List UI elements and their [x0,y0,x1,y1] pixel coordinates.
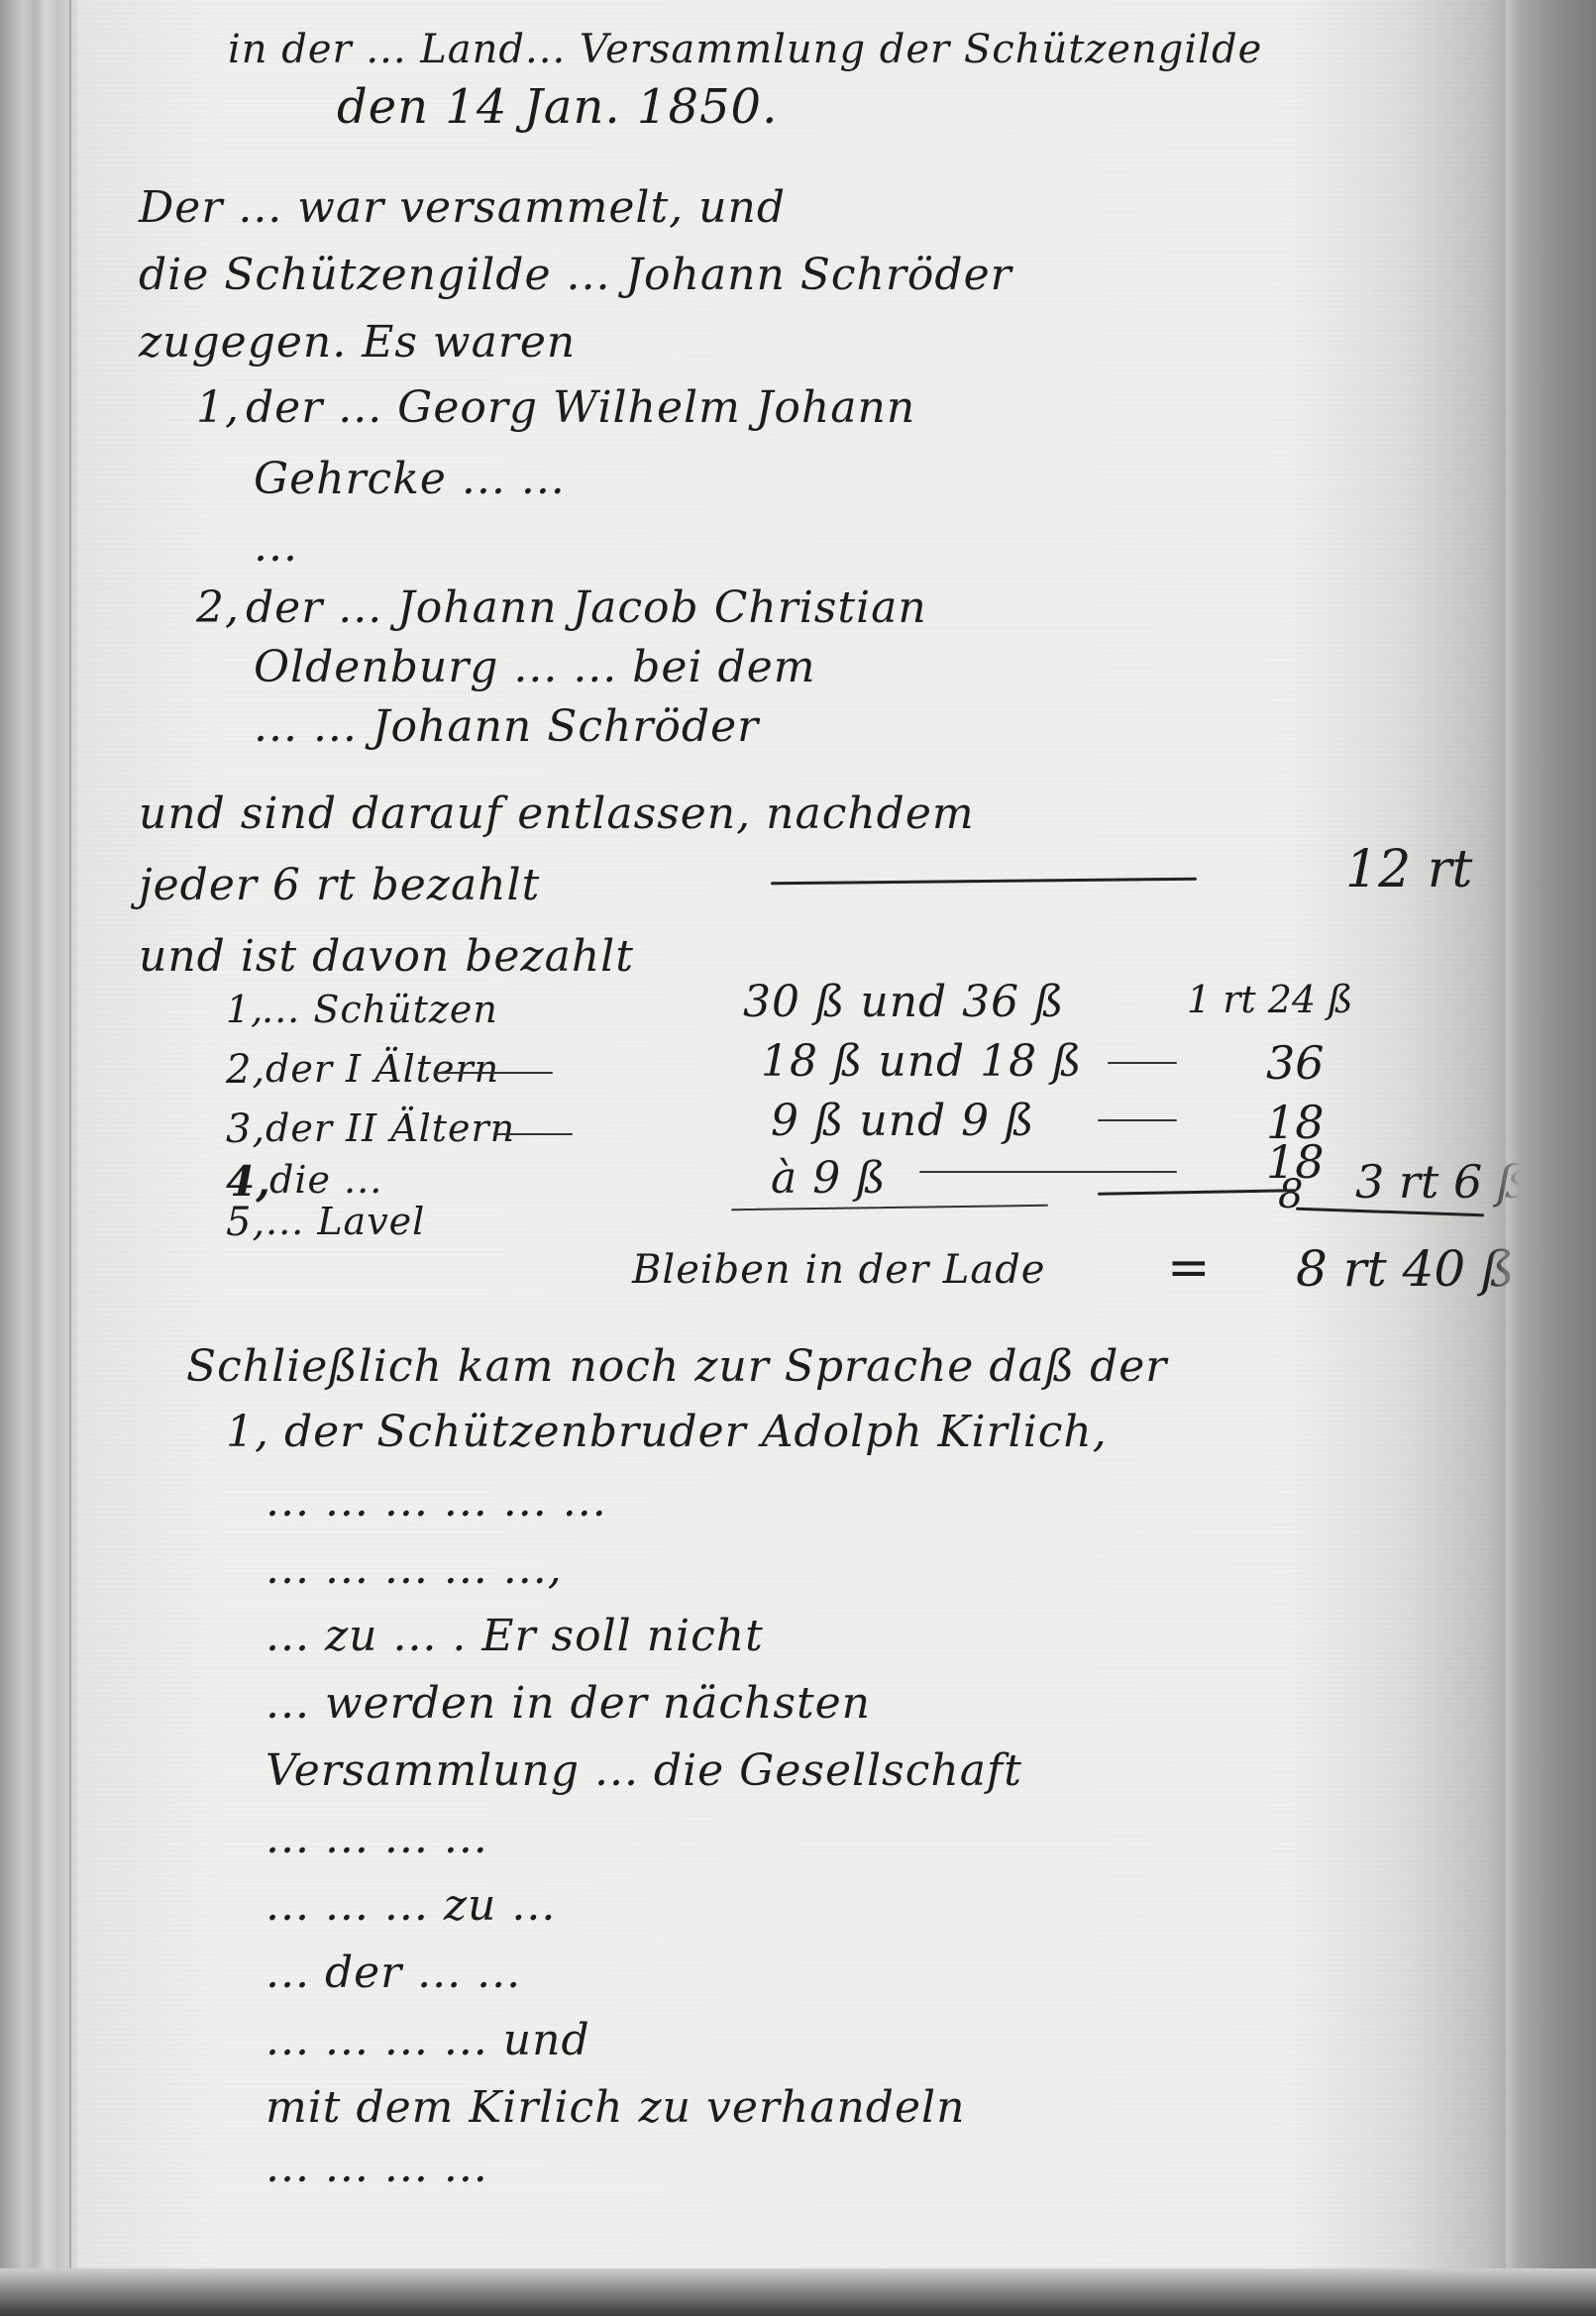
closing-line-3: ... ... ... ... ... ... [266,1480,607,1524]
person-2-line-3: ... ... Johann Schröder [254,705,759,749]
ledger-row-2-number: 2, [226,1050,266,1090]
intro-line-1: Der ... war versammelt, und [139,186,786,230]
closing-line-13: ... ... ... ... [266,2146,488,2189]
closing-line-11: ... ... ... ... und [266,2019,590,2062]
ledger-row-3-calc: 9 ß und 9 ß [771,1100,1035,1143]
ledger-row-1-number: 1, [226,991,264,1028]
intro-line-3: zugegen. Es waren [139,321,576,365]
remainder-amount: 8 rt 40 ß [1296,1244,1515,1294]
payment-line-1: und sind darauf entlassen, nachdem [139,792,975,836]
ledger-brace-flourish [1098,1189,1296,1195]
ledger-row-5-leader [731,1205,1048,1211]
header-line: in der ... Land... Versammlung der Schüt… [228,30,1262,69]
closing-line-10: ... der ... ... [266,1951,521,1995]
person-1-line-1: der ... Georg Wilhelm Johann [246,386,915,430]
closing-line-7: Versammlung ... die Gesellschaft [266,1749,1022,1793]
person-2-line-2: Oldenburg ... ... bei dem [254,646,815,689]
closing-line-6: ... werden in der nächsten [266,1682,871,1726]
closing-line-1: Schließlich kam noch zur Sprache daß der [186,1345,1167,1389]
ledger-row-2-label: der I Ältern [266,1050,499,1088]
ledger-row-5-label: ... Lavel [266,1203,425,1240]
ledger-row-3-leader [1098,1119,1177,1121]
ledger-row-1-calc: 30 ß und 36 ß [743,981,1065,1024]
ledger-row-2-calc: 18 ß und 18 ß [761,1040,1083,1084]
remainder-equals: = [1167,1242,1211,1294]
payment-total-amount: 12 rt [1345,844,1472,895]
binding-crease [69,0,71,2316]
ledger-row-3-number: 3, [226,1109,266,1149]
book-binding-gutter [0,0,77,2316]
payment-line-2: jeder 6 rt bezahlt [139,864,540,907]
closing-line-8: ... ... ... ... [266,1817,488,1860]
ledger-row-1-amount: 1 rt 24 ß [1187,981,1353,1018]
ledger-row-3-label: der II Ältern [266,1109,515,1147]
ledger-row-4-number: 4, [226,1161,271,1203]
remainder-label: Bleiben in der Lade [632,1250,1045,1290]
ledger-row-2-leader [1108,1062,1177,1064]
header-date: den 14 Jan. 1850. [337,83,778,131]
person-1-number: 1, [196,386,240,430]
closing-line-9: ... ... ... zu ... [266,1884,556,1928]
ledger-subtotal-rule [1296,1208,1484,1217]
closing-line-12: mit dem Kirlich zu verhandeln [266,2086,965,2130]
payment-leader-rule [771,878,1197,886]
intro-line-2: die Schützengilde ... Johann Schröder [139,254,1012,297]
ledger-row-3-underline [493,1133,573,1135]
ledger-row-4-label: die ... [269,1161,382,1199]
closing-line-4: ... ... ... ... ..., [266,1547,563,1591]
ledger-row-5-number: 5, [226,1203,266,1242]
manuscript-scan: in der ... Land... Versammlung der Schüt… [0,0,1596,2316]
ledger-row-1-label: ... Schützen [262,991,498,1028]
person-2-line-1: der ... Johann Jacob Christian [246,586,927,630]
person-1-line-2: Gehrcke ... ... [254,458,566,501]
closing-line-2: 1, der Schützenbruder Adolph Kirlich, [226,1411,1108,1454]
page-edge-shadow [1487,0,1596,2316]
closing-line-5: ... zu ... . Er soll nicht [266,1615,764,1658]
person-2-number: 2, [196,586,240,630]
payment-line-3: und ist davon bezahlt [139,935,634,979]
person-1-line-3: ... [254,525,298,569]
page-bottom-shadow [0,2268,1596,2316]
ledger-row-4-leader [919,1171,1177,1173]
ledger-row-2-amount: 36 [1266,1040,1325,1086]
ledger-row-4-calc: à 9 ß [771,1157,887,1201]
manuscript-page: in der ... Land... Versammlung der Schüt… [77,0,1506,2268]
ledger-row-2-underline [434,1072,553,1074]
